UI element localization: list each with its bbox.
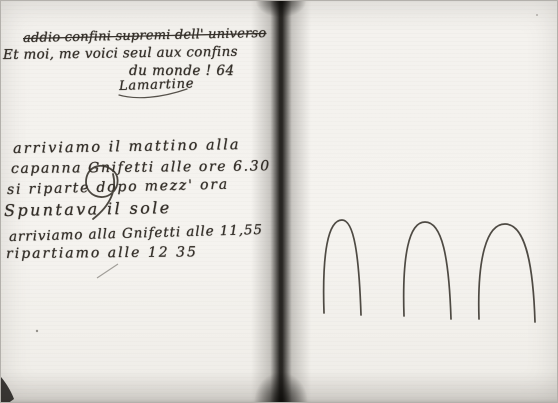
handwritten-line: ripartiamo alle 12 35 bbox=[6, 244, 198, 262]
handwritten-line: si riparte dopo mezz' ora bbox=[7, 177, 229, 198]
handwritten-line: Et moi, me voici seul aux confins bbox=[3, 44, 238, 63]
right-page: Si parte Domenica all' 1 ant temp. — 5° … bbox=[283, 1, 558, 402]
handwritten-line: arriviamo il mattino alla bbox=[13, 137, 241, 157]
signature-lamartine: Lamartine bbox=[119, 76, 195, 94]
handwritten-line: arriviamo alla Gnifetti alle 11,55 bbox=[9, 222, 263, 245]
handwritten-line: Spuntava il sole bbox=[4, 198, 172, 220]
left-page: addio confini supremi dell' universo Et … bbox=[1, 1, 277, 402]
page-gutter-shadow bbox=[251, 1, 311, 402]
handwritten-line: capanna Gnifetti alle ore 6.30 bbox=[11, 158, 271, 177]
notebook-scan: addio confini supremi dell' universo Et … bbox=[0, 0, 558, 403]
